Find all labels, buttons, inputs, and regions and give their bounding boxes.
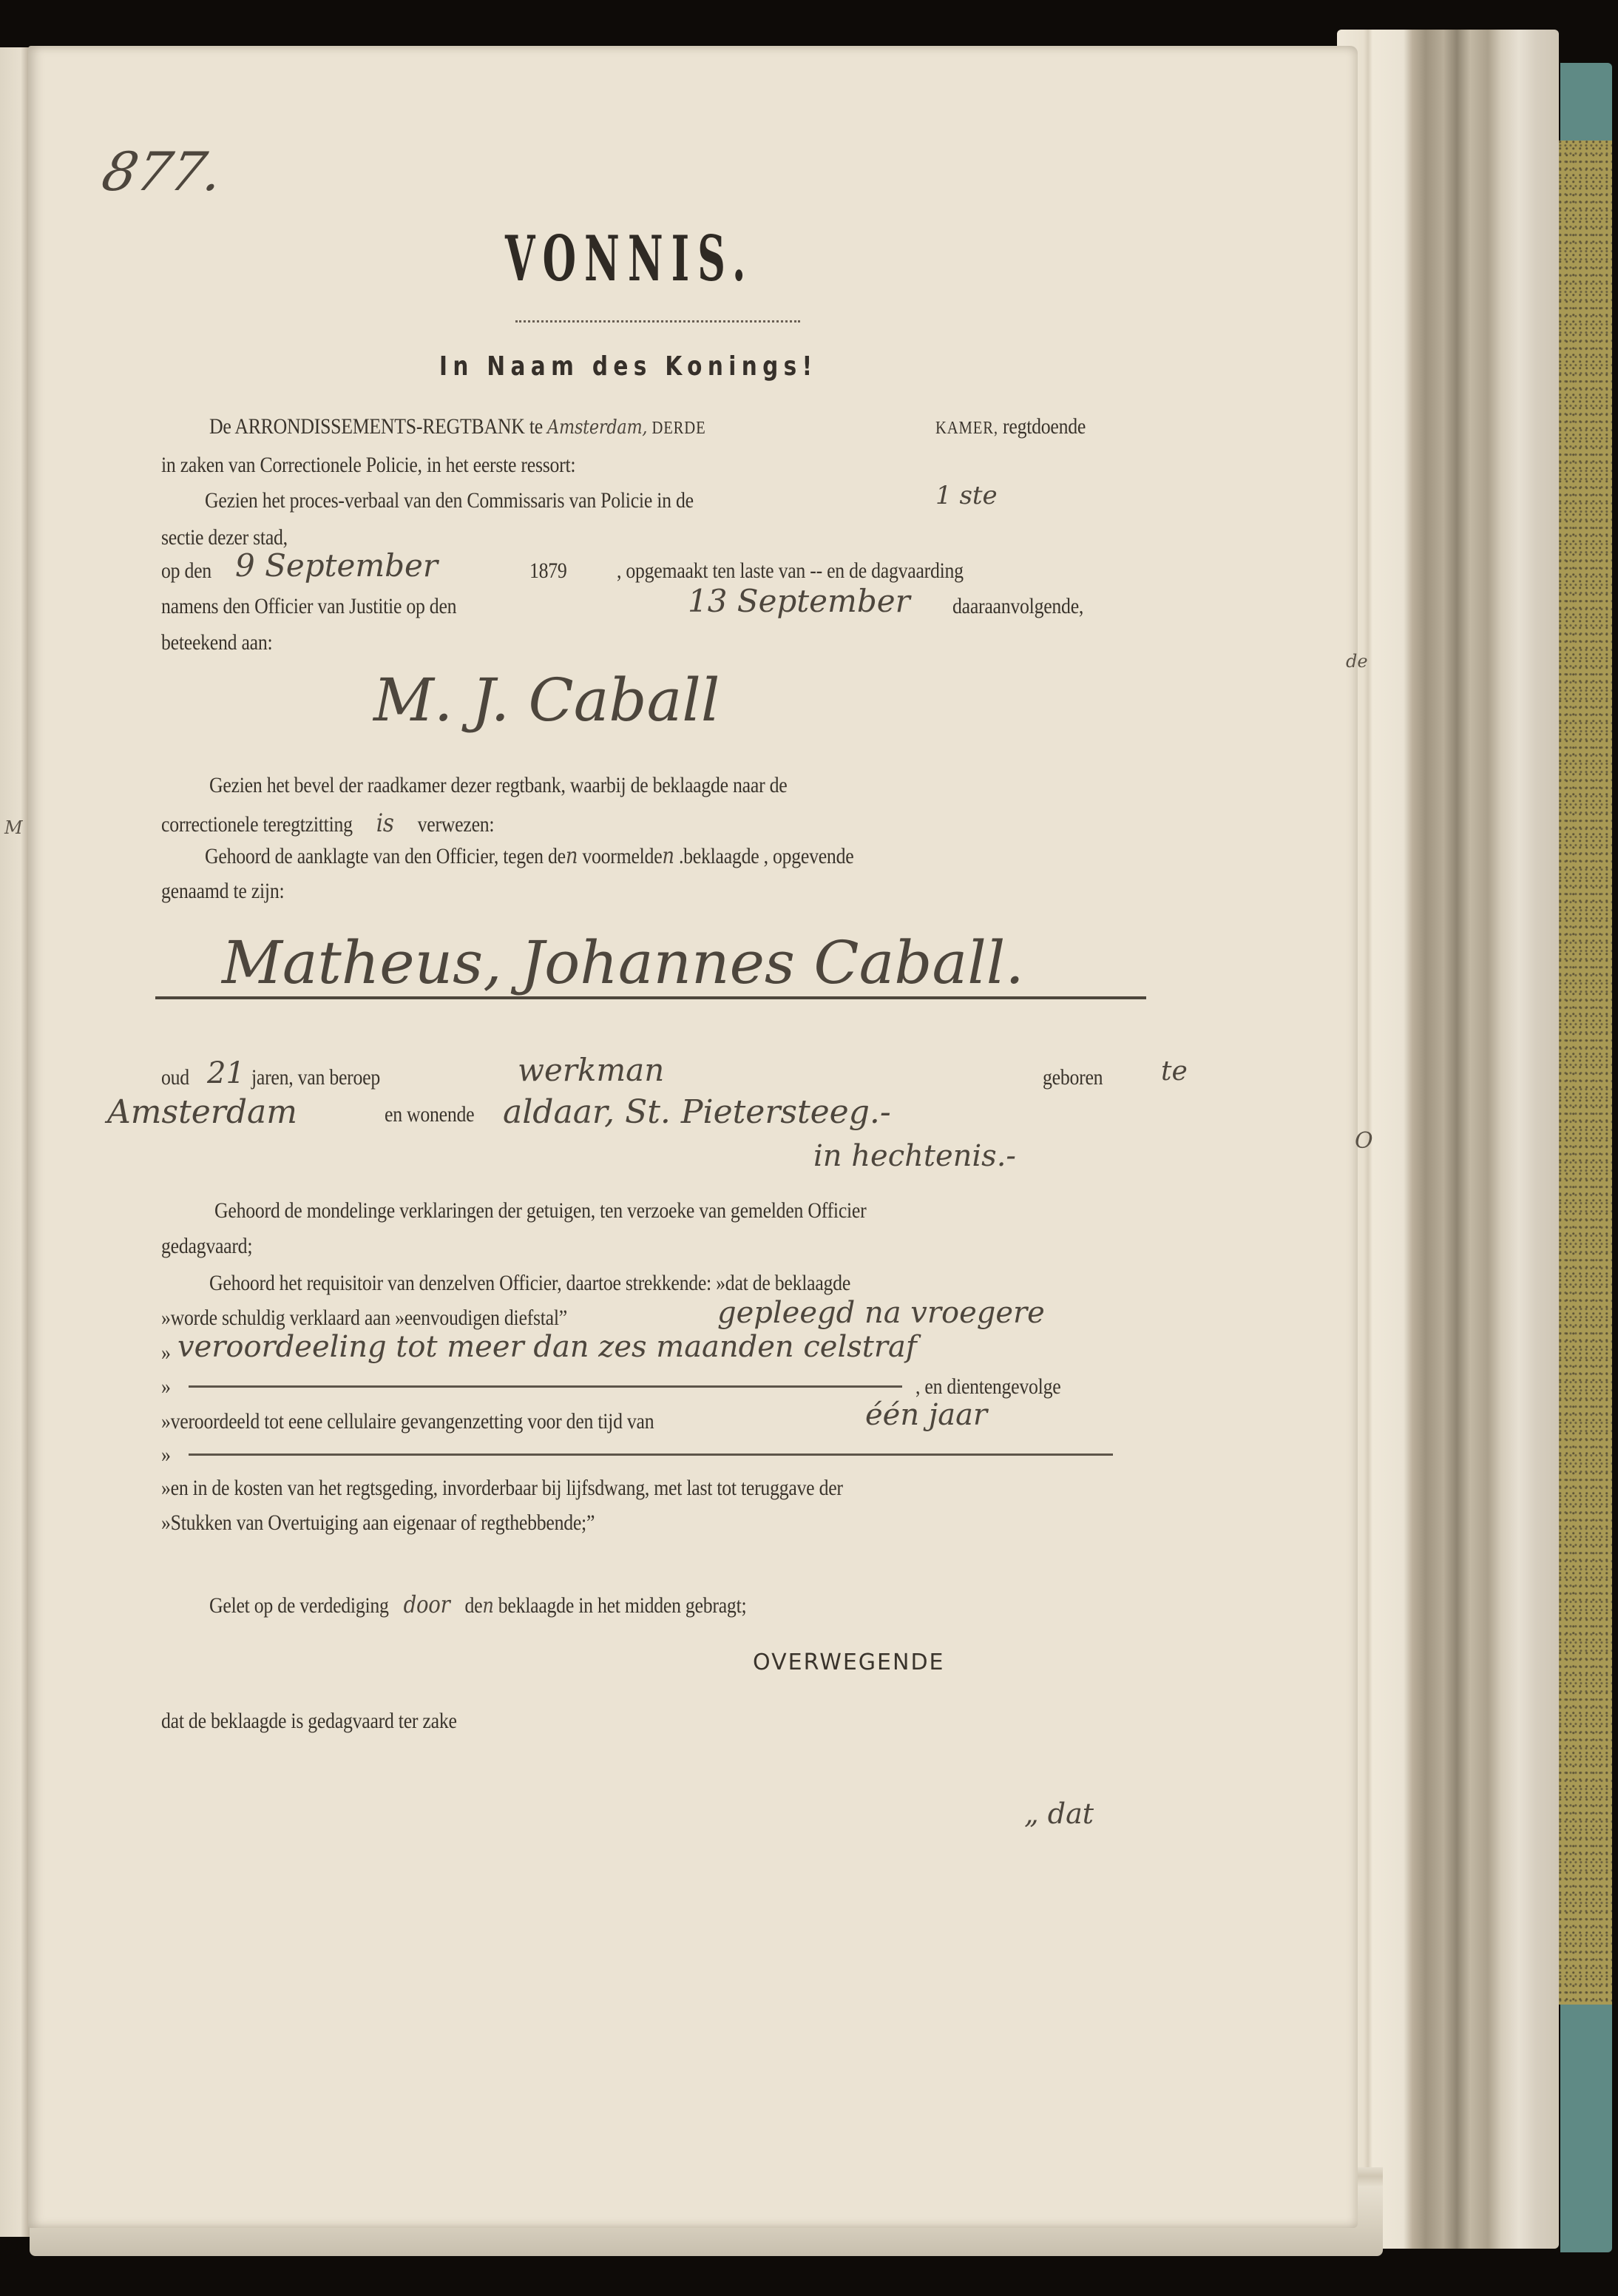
blank-rule-2 [189,1453,1113,1456]
teregtzitting-handwritten: is [376,808,394,838]
gelet-prefix: Gelet op de verdediging [209,1593,389,1618]
line-namens-prefix: namens den Officier van Justitie op den [161,594,456,619]
dientengevolge-suffix: , en dientengevolge [915,1374,1060,1399]
age-handwritten: 21 [207,1056,245,1090]
date-handwritten: 9 September [235,547,438,584]
line-kosten: »en in de kosten van het regtsgeding, in… [161,1476,843,1501]
aanklagte-suffix: .beklaagde , opgevende [679,844,853,868]
veroordeeling-quote: » [161,1340,171,1365]
residence-handwritten: aldaar, St. Pietersteeg.- [503,1093,891,1131]
document-title: VONNIS. [505,222,754,295]
court-prefix: De ARRONDISSEMENTS-REGTBANK te [209,414,543,439]
line-mondelinge: Gehoord de mondelinge verklaringen der g… [214,1198,866,1223]
gelet-hw1: door [404,1590,450,1618]
teregtzitting-prefix: correctionele teregtzitting [161,812,353,837]
aanklagte-middle: voormelde [582,844,662,868]
line-opden-prefix: op den [161,558,211,584]
court-line-end: KAMER, regtdoende [935,414,1086,439]
line-beteekend: beteekend aan: [161,630,272,655]
line-stukken: »Stukken van Overtuiging aan eigenaar of… [161,1510,595,1536]
aanklagte-hw1: n [566,843,578,869]
left-page-edge [0,47,31,2237]
blank-line-quote: » [161,1442,171,1468]
court-chamber: DERDE [651,419,705,438]
line-oud-middle: jaren, van beroep [251,1065,380,1090]
line-wonende-middle: en wonende [385,1102,474,1127]
gelet-suffix: beklaagde in het midden gebragt; [498,1593,747,1618]
line-aanklagte: Gehoord de aanklagte van den Officier, t… [205,843,853,869]
court-city: Amsterdam, [547,416,647,439]
book-cover-marbled-paper [1551,141,1612,2005]
right-edge-note: O [1355,1128,1373,1154]
overwegende-heading: OVERWEGENDE [753,1650,945,1675]
line-oud-prefix: oud [161,1065,189,1090]
line-zaken: in zaken van Correctionele Policie, in h… [161,453,575,478]
year: 1879 [529,558,567,584]
gelet-hw2: n [482,1593,493,1618]
catchword-handwritten: „ dat [1024,1797,1094,1830]
court-line: De ARRONDISSEMENTS-REGTBANK te Amsterdam… [209,414,706,439]
teregtzitting-suffix: verwezen: [418,812,495,837]
gelet-middle: de [464,1593,482,1618]
dagvaarding-date-handwritten: 13 September [688,583,910,619]
line-gedagvaard: gedagvaard; [161,1234,252,1259]
defendant-name-handwritten: Matheus, Johannes Caball. [222,928,1024,997]
geboren-handwritten: te [1161,1056,1188,1087]
aanklagte-hw2: n [662,843,674,869]
title-divider [515,320,800,323]
geboren-label: geboren [1043,1065,1103,1090]
section-handwritten: 1 ste [935,481,998,510]
document-subtitle: In Naam des Konings! [439,351,817,382]
name-underline [155,996,1146,999]
kamer-label: KAMER, [935,419,998,438]
blank-rule [189,1385,902,1388]
line-dat: dat de beklaagde is gedagvaard ter zake [161,1709,457,1734]
custody-handwritten: in hechtenis.- [813,1139,1016,1173]
line-gezien-pv: Gezien het proces-verbaal van den Commis… [205,488,694,513]
right-edge-note: de [1346,651,1368,672]
birthplace-handwritten: Amsterdam [107,1093,297,1131]
served-to-handwritten: M. J. Caball [373,666,720,735]
line-sectie: sectie dezer stad, [161,525,288,550]
schuldig-handwritten: gepleegd na vroegere [717,1296,1045,1330]
folio-number: 877. [97,141,229,203]
line-bevel: Gezien het bevel der raadkamer dezer reg… [209,773,787,798]
occupation-handwritten: werkman [518,1052,664,1088]
regtdoende-text: regtdoende [1003,414,1086,439]
left-margin-note: M [4,817,23,838]
dientengevolge-quote: » [161,1374,171,1399]
line-gelet: Gelet op de verdediging door den beklaag… [209,1590,746,1618]
line-teregtzitting: correctionele teregtzitting is verwezen: [161,808,494,838]
veroordeeling-handwritten: veroordeeling tot meer dan zes maanden c… [177,1330,917,1364]
line-opden-suffix: , opgemaakt ten laste van -- en de dagva… [617,558,964,584]
aanklagte-prefix: Gehoord de aanklagte van den Officier, t… [205,844,566,868]
line-requisitoir: Gehoord het requisitoir van denzelven Of… [209,1271,850,1296]
line-genaamd: genaamd te zijn: [161,879,284,904]
line-namens-suffix: daaraanvolgende, [952,594,1083,619]
line-schuldig-prefix: »worde schuldig verklaard aan »eenvoudig… [161,1306,567,1331]
line-cellulaire: »veroordeeld tot eene cellulaire gevange… [161,1409,654,1434]
sentence-duration-handwritten: één jaar [865,1398,987,1432]
